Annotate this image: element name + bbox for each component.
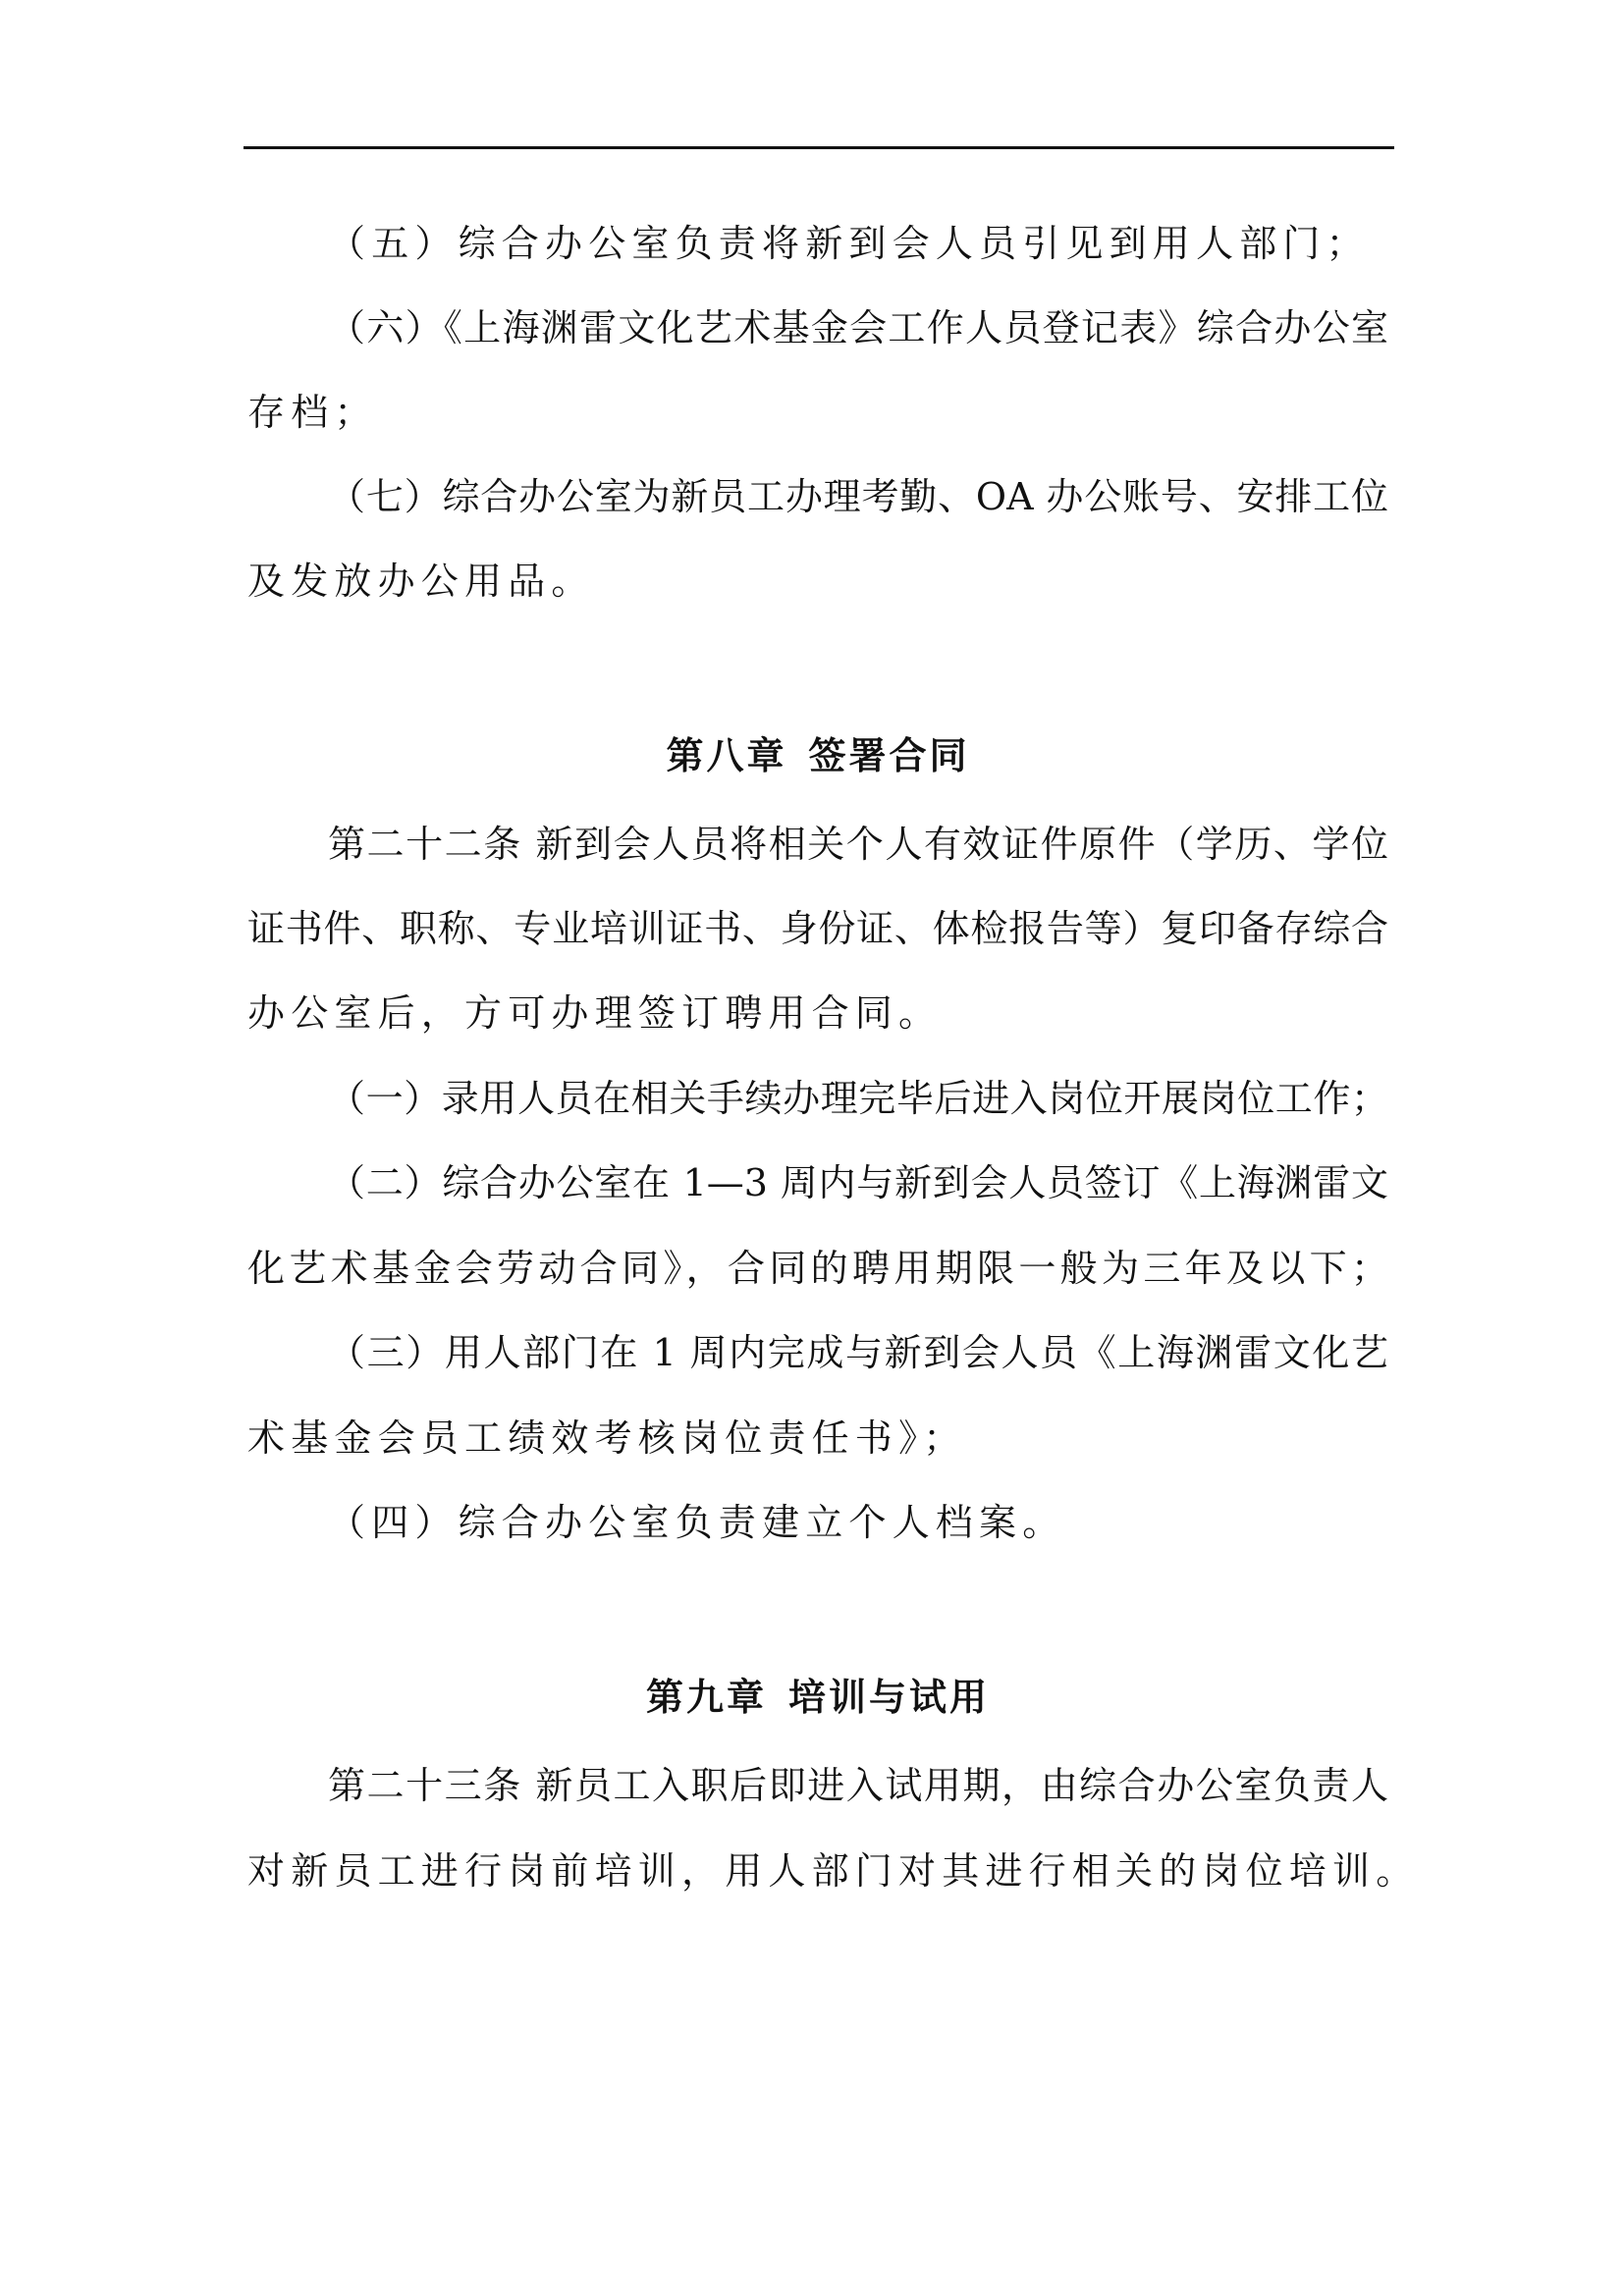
- article-22-line2: 证书件、职称、专业培训证书、身份证、体检报告等）复印备存综合: [247, 907, 1388, 950]
- chapter-8-item-2-line2: 化艺术基金会劳动合同》，合同的聘用期限一般为三年及以下；: [247, 1247, 1388, 1290]
- chapter-8-heading: 第八章签署合同: [247, 734, 1388, 777]
- paragraph-item-6-line1: （六）《上海渊雷文化艺术基金会工作人员登记表》综合办公室: [328, 306, 1388, 349]
- article-22-line3: 办公室后，方可办理签订聘用合同。: [247, 991, 1388, 1035]
- chapter-8-item-3-line2: 术基金会员工绩效考核岗位责任书》；: [247, 1416, 1388, 1460]
- chapter-8-title: 签署合同: [809, 734, 970, 777]
- paragraph-item-6-line2: 存档；: [247, 391, 1388, 434]
- paragraph-item-7-line1: （七）综合办公室为新员工办理考勤、OA 办公账号、安排工位: [328, 475, 1388, 518]
- chapter-8-item-4: （四）综合办公室负责建立个人档案。: [328, 1501, 1388, 1544]
- chapter-8-item-3-line1: （三）用人部门在 1 周内完成与新到会人员《上海渊雷文化艺: [328, 1331, 1388, 1374]
- chapter-9-title: 培训与试用: [788, 1676, 990, 1719]
- paragraph-item-7-line2: 及发放办公用品。: [247, 560, 1388, 603]
- paragraph-item-5: （五）综合办公室负责将新到会人员引见到用人部门；: [328, 222, 1388, 265]
- chapter-8-item-1: （一）录用人员在相关手续办理完毕后进入岗位开展岗位工作；: [328, 1077, 1388, 1120]
- chapter-9-number: 第九章: [646, 1676, 767, 1719]
- article-23-line2: 对新员工进行岗前培训，用人部门对其进行相关的岗位培训。: [247, 1849, 1388, 1893]
- article-23-line1: 第二十三条 新员工入职后即进入试用期，由综合办公室负责人: [328, 1764, 1388, 1807]
- chapter-9-heading: 第九章培训与试用: [247, 1676, 1388, 1719]
- chapter-8-number: 第八章: [666, 734, 786, 777]
- chapter-8-item-2-line1: （二）综合办公室在 1—3 周内与新到会人员签订《上海渊雷文: [328, 1161, 1388, 1204]
- article-22-line1: 第二十二条 新到会人员将相关个人有效证件原件（学历、学位: [328, 823, 1388, 866]
- header-rule: [244, 146, 1394, 149]
